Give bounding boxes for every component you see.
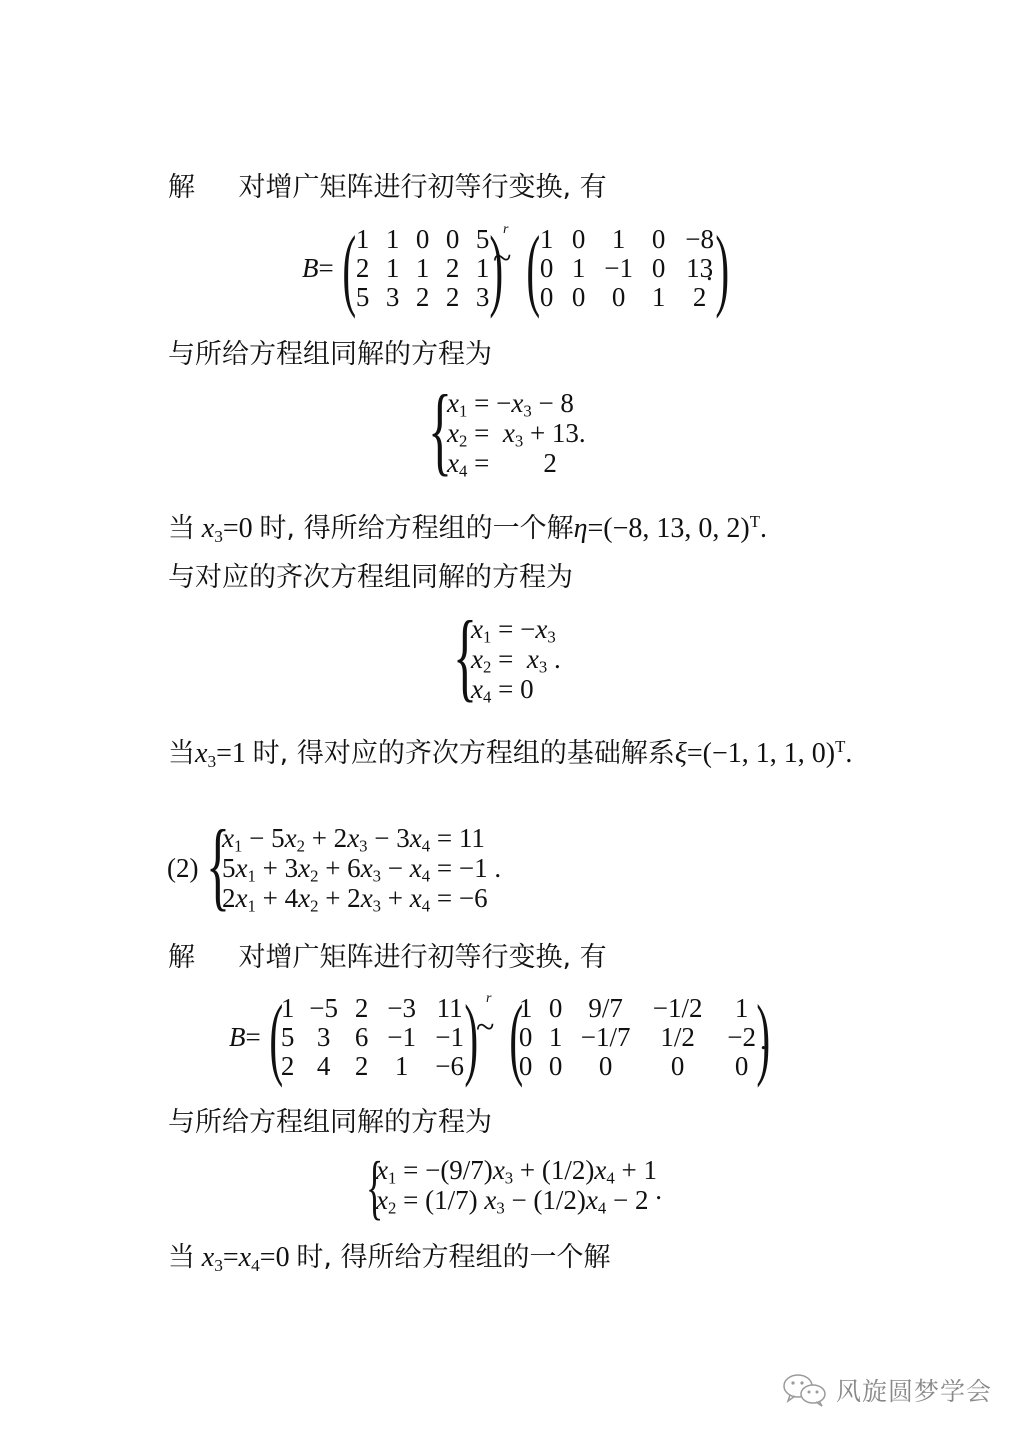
matrix-cell: 0 xyxy=(647,254,671,283)
watermark: 风旋圆梦学会 xyxy=(782,1372,992,1408)
matrix-cell: 0 xyxy=(567,225,591,254)
matrix-cell: 1 xyxy=(567,254,591,283)
equation: x2 = x3 + 13. xyxy=(447,418,586,448)
equation-system-1: x1 = −x3 − 8 x2 = x3 + 13. x4 = 2 xyxy=(447,388,586,478)
matrix-label-B: B= xyxy=(229,1022,261,1053)
matrix-cell: 1 xyxy=(382,1052,422,1081)
matrix-cell: −1/7 xyxy=(578,1023,634,1052)
matrix-cell: −5 xyxy=(306,994,342,1023)
matrix-cell: 2 xyxy=(441,254,465,283)
matrix-cell: 0 xyxy=(441,225,465,254)
matrix-cell: 2 xyxy=(411,283,435,312)
left-paren: ( xyxy=(509,991,523,1083)
matrix-reduced-2: ( 109/7−1/2101−1/71/2−200000 ) xyxy=(501,991,778,1083)
matrix-cell: −8 xyxy=(679,225,721,254)
intro-text: 对增广矩阵进行初等行变换, 有 xyxy=(239,172,607,203)
matrix-cell: 0 xyxy=(647,225,671,254)
matrix-cell: 13 xyxy=(679,254,721,283)
matrix-cell: 2 xyxy=(350,994,374,1023)
matrix-cell: 0 xyxy=(411,225,435,254)
right-paren: ) xyxy=(715,222,729,314)
matrix-cell: 0 xyxy=(599,283,639,312)
row-equiv-label: r xyxy=(486,991,491,1007)
matrix-cell: 0 xyxy=(548,1052,564,1081)
matrix-cell: −1 xyxy=(599,254,639,283)
equation: x1 = −x3 − 8 xyxy=(447,388,586,418)
matrix-cell: 2 xyxy=(679,283,721,312)
matrix-cell: 0 xyxy=(548,994,564,1023)
same-solution-text-2: 与所给方程组同解的方程为 xyxy=(168,1105,492,1140)
period: . xyxy=(760,1025,767,1056)
matrix-cell: 1 xyxy=(381,254,405,283)
row-equiv-symbol: ~ xyxy=(493,240,511,278)
matrix-cell: 2 xyxy=(350,1052,374,1081)
solution-intro-1: 解 对增广矩阵进行初等行变换, 有 xyxy=(168,170,607,205)
equation: x2 = (1/7) x3 − (1/2)x4 − 2 . xyxy=(376,1185,662,1215)
equation: 2x1 + 4x2 + 2x3 + x4 = −6 xyxy=(222,883,501,913)
matrix-cell: 0 xyxy=(648,1052,708,1081)
equation: x1 = −x3 xyxy=(471,614,561,644)
matrix-cell: 1 xyxy=(381,225,405,254)
particular-solution-1: 当 x3=0 时, 得所给方程组的一个解η=(−8, 13, 0, 2)T. xyxy=(168,505,767,554)
matrix-cell: 3 xyxy=(306,1023,342,1052)
row-equiv-symbol: ~ xyxy=(476,1009,494,1047)
watermark-text: 风旋圆梦学会 xyxy=(836,1372,992,1408)
matrix-cell: 1 xyxy=(647,283,671,312)
matrix-cell: 9/7 xyxy=(578,994,634,1023)
matrix-cell: 1/2 xyxy=(648,1023,708,1052)
equation: x1 = −(9/7)x3 + (1/2)x4 + 1 xyxy=(376,1155,662,1185)
solution-intro-2: 解 对增广矩阵进行初等行变换, 有 xyxy=(168,940,607,975)
problem-number: (2) xyxy=(167,853,198,884)
equation: x4 = 2 xyxy=(447,448,586,478)
left-paren: ( xyxy=(342,222,356,314)
matrix-reduced-1: ( 1010−801−101300012 ) xyxy=(518,222,737,314)
matrix-cell: 1 xyxy=(548,1023,564,1052)
matrix-B-1: ( 110052112153223 ) xyxy=(334,222,511,314)
homog-system: x1 = −x3 x2 = x3 . x4 = 0 xyxy=(471,614,561,704)
matrix-cell: 0 xyxy=(567,283,591,312)
period: . xyxy=(706,256,713,287)
homog-text: 与对应的齐次方程组同解的方程为 xyxy=(168,560,573,595)
matrix-cell: 6 xyxy=(350,1023,374,1052)
matrix-cell: 0 xyxy=(578,1052,634,1081)
equation: x1 − 5x2 + 2x3 − 3x4 = 11 xyxy=(222,823,501,853)
equation: x2 = x3 . xyxy=(471,644,561,674)
left-paren: ( xyxy=(526,222,540,314)
matrix-cell: 3 xyxy=(381,283,405,312)
same-solution-text-1: 与所给方程组同解的方程为 xyxy=(168,337,492,372)
particular-solution-2: 当 x3=x4=0 时, 得所给方程组的一个解 xyxy=(168,1240,611,1283)
solution-label: 解 xyxy=(168,172,195,203)
equation: 5x1 + 3x2 + 6x3 − x4 = −1 . xyxy=(222,853,501,883)
basis-solution: 当x3=1 时, 得对应的齐次方程组的基础解系ξ=(−1, 1, 1, 0)T. xyxy=(168,730,852,779)
matrix-label-B: B= xyxy=(302,253,334,284)
matrix-cell: 4 xyxy=(306,1052,342,1081)
matrix-cell: −1/2 xyxy=(648,994,708,1023)
row-equiv-label: r xyxy=(503,222,508,238)
matrix-B-2: ( 1−52−311536−1−12421−6 ) xyxy=(261,991,486,1083)
matrix-cell: −3 xyxy=(382,994,422,1023)
matrix-cell: 1 xyxy=(599,225,639,254)
problem-system: x1 − 5x2 + 2x3 − 3x4 = 11 5x1 + 3x2 + 6x… xyxy=(222,823,501,913)
matrix-cell: −1 xyxy=(382,1023,422,1052)
left-paren: ( xyxy=(269,991,283,1083)
equation: x4 = 0 xyxy=(471,674,561,704)
matrix-cell: 2 xyxy=(441,283,465,312)
solved-system: x1 = −(9/7)x3 + (1/2)x4 + 1 x2 = (1/7) x… xyxy=(376,1155,662,1215)
wechat-icon xyxy=(782,1373,828,1407)
matrix-cell: 1 xyxy=(411,254,435,283)
